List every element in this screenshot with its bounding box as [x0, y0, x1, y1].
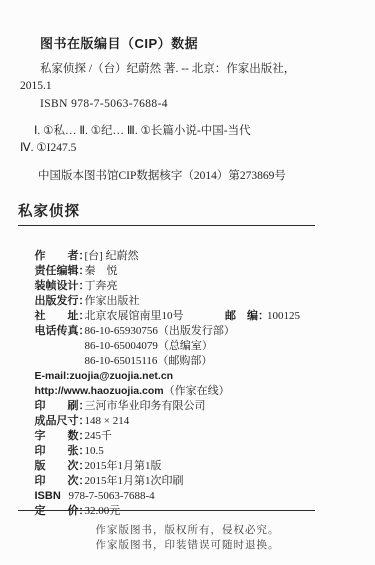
notice-line-2: 作家版图书，印装错误可随时退换。 — [0, 538, 375, 553]
cip-entry-line-1: 私家侦探 /（台）纪蔚然 著. -- 北京：作家出版社， — [40, 61, 357, 78]
copyright-page: 图书在版编目（CIP）数据 私家侦探 /（台）纪蔚然 著. -- 北京：作家出版… — [0, 0, 375, 565]
colophon-row-printer: 印 刷：三河市华业印务有限公司 — [18, 384, 375, 399]
colophon-row-price: 定 价：32.00元 — [18, 489, 375, 504]
cip-classification-line-2: Ⅳ. ①I247.5 — [20, 140, 357, 157]
colophon-row-word-count: 字 数：245千 — [18, 414, 375, 429]
cip-header: 图书在版编目（CIP）数据 — [40, 36, 375, 51]
copyright-notices: 作家版图书，版权所有，侵权必究。 作家版图书，印装错误可随时退换。 — [0, 523, 375, 553]
cip-classification-line-1: Ⅰ. ①私… Ⅱ. ①纪… Ⅲ. ①长篇小说-中国-当代 — [34, 123, 357, 140]
colophon-rows: 作 者：[台] 纪蔚然 责任编辑：秦 悦 装帧设计：丁奔亮 出版发行：作家出版社… — [18, 234, 375, 504]
cip-entry-line-2: 2015.1 — [20, 78, 357, 95]
colophon-row-phone-2: 86-10-65004079（总编室） — [18, 324, 375, 339]
colophon-row-designer: 装帧设计：丁奔亮 — [18, 264, 375, 279]
colophon-row-printing: 印 次：2015年1月第1次印刷 — [18, 459, 375, 474]
row-value: 32.00元 — [85, 505, 121, 517]
colophon-row-dimensions: 成品尺寸：148 × 214 — [18, 399, 375, 414]
notice-line-1: 作家版图书，版权所有，侵权必究。 — [0, 523, 375, 538]
cip-isbn: ISBN 978-7-5063-7688-4 — [40, 97, 375, 111]
colophon-row-publisher: 出版发行：作家出版社 — [18, 279, 375, 294]
colophon-row-edition: 版 次：2015年1月第1版 — [18, 444, 375, 459]
colophon-row-phone-1: 电话传真：86-10-65930756（出版发行部） — [18, 309, 375, 324]
row-label: 定 价： — [35, 504, 85, 519]
colophon-row-website: http://www.haozuojia.com（作家在线） — [18, 369, 375, 384]
colophon-row-author: 作 者：[台] 纪蔚然 — [18, 234, 375, 249]
colophon-row-address: 社 址：北京农展馆南里10号 邮 编：100125 — [18, 294, 375, 309]
divider-rule-top — [18, 225, 315, 226]
colophon-row-sheets: 印 张：10.5 — [18, 429, 375, 444]
colophon-row-isbn: ISBN978-7-5063-7688-4 — [18, 474, 375, 489]
colophon-row-email: E-mail:zuojia@zuojia.net.cn — [18, 354, 375, 369]
cip-classification: Ⅰ. ①私… Ⅱ. ①纪… Ⅲ. ①长篇小说-中国-当代 Ⅳ. ①I247.5 — [20, 123, 357, 157]
cip-record-number: 中国版本图书馆CIP数据核字（2014）第273869号 — [38, 169, 375, 183]
colophon-row-phone-3: 86-10-65015116（邮购部） — [18, 339, 375, 354]
cip-entry: 私家侦探 /（台）纪蔚然 著. -- 北京：作家出版社， 2015.1 — [20, 61, 357, 95]
book-title: 私家侦探 — [18, 203, 375, 221]
colophon-row-editor: 责任编辑：秦 悦 — [18, 249, 375, 264]
